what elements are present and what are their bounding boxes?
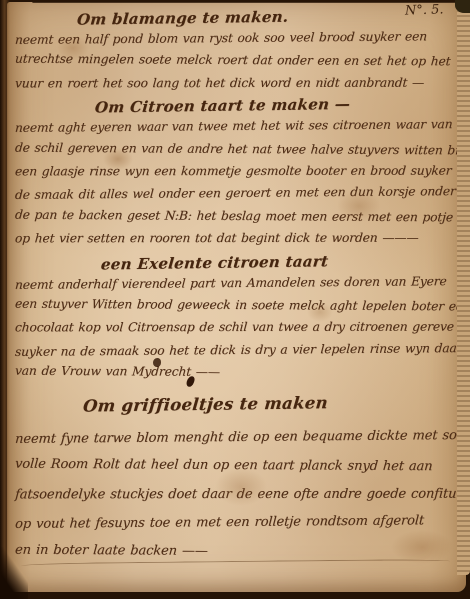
- recipe-section: Om Citroen taart te maken —neemt aght ey…: [15, 95, 456, 249]
- manuscript-text: Om blamange te maken.neemt een half pond…: [7, 2, 466, 592]
- recipe-line: een stuyver Witten brood geweeck in soet…: [14, 293, 457, 318]
- recipe-line: op het vier setten en rooren tot dat beg…: [14, 227, 457, 250]
- recipe-line: de pan te backen geset N:B: het beslag m…: [14, 204, 457, 229]
- recipe-line: neemt anderhalf vierendeel part van Aman…: [14, 270, 456, 296]
- recipe-section: Om blamange te maken.neemt een half pond…: [15, 7, 456, 94]
- recipe-title: Om griffioeltjes te maken: [82, 391, 457, 416]
- recipe-line: de schil gereven en van de andre het nat…: [14, 136, 457, 161]
- corner-mark: [455, 0, 470, 13]
- page-edge-left: [0, 0, 10, 599]
- recipe-line: neemt aght eyeren waar van twee met het …: [14, 113, 456, 139]
- recipe-line: een glaasje rinse wyn een kommetje gesmo…: [14, 160, 457, 183]
- recipe-line: neemt fyne tarwe blom menght die op een …: [14, 422, 457, 454]
- corner-shadow: [0, 547, 28, 599]
- recipe-line: op vout het fesuyns toe en met een rolle…: [14, 507, 457, 539]
- recipe-line: vuur en roert het soo lang tot het dick …: [14, 71, 457, 94]
- page-edge-top: [32, 0, 470, 3]
- book-page-edges: [457, 0, 470, 575]
- manuscript-page: N°. 5. Om blamange te maken.neemt een ha…: [7, 2, 466, 592]
- recipe-section: een Exelente citroen taartneemt anderhal…: [15, 252, 456, 384]
- recipe-line: chocolaat kop vol Citroensap de schil va…: [14, 316, 457, 339]
- recipe-line: volle Room Rolt dat heel dun op een taar…: [14, 451, 457, 482]
- recipe-line: de smaak dit alles wel onder een geroert…: [14, 181, 456, 207]
- recipe-section: Om griffioeltjes te makenneemt fyne tarw…: [15, 394, 456, 567]
- recipe-line: van de Vrouw van Mydrecht ——: [14, 360, 457, 385]
- recipe-line: fatsoendelyke stuckjes doet daar de eene…: [14, 480, 457, 509]
- recipe-line: utrechtse mingelen soete melck roert dat…: [14, 48, 457, 73]
